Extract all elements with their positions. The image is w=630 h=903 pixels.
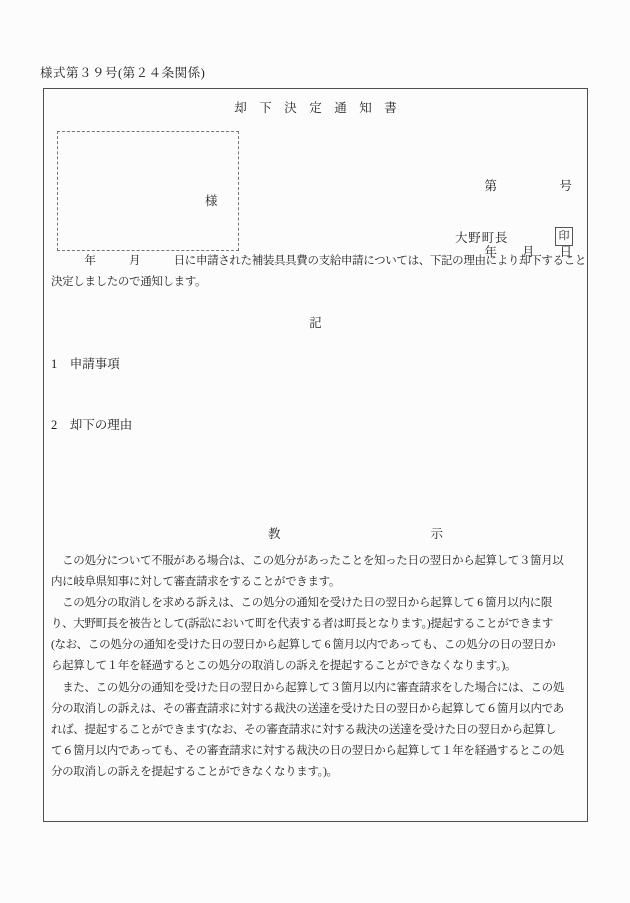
appeal-instruction-heading: 教 示 — [268, 524, 443, 542]
ki-heading: 記 — [44, 313, 587, 331]
issuer-name: 大野町長 — [455, 228, 508, 246]
item-rejection-reason: 2 却下の理由 — [51, 415, 132, 433]
document-number-line: 第 号 — [484, 175, 572, 197]
appeal-instructions: この処分について不服がある場合は、この処分があったことを知った日の翌日から起算し… — [51, 551, 586, 783]
item-application-details: 1 申請事項 — [51, 354, 120, 372]
addressee-honorific: 様 — [205, 191, 218, 209]
document-frame: 却 下 決 定 通 知 書 第 号 年 月 日 様 大野町長 印 年 月 日に申… — [43, 88, 588, 822]
document-title: 却 下 決 定 通 知 書 — [44, 98, 587, 116]
document-page: 様式第３９号(第２４条関係) 却 下 決 定 通 知 書 第 号 年 月 日 様… — [0, 0, 630, 903]
issuer-row: 大野町長 印 — [44, 227, 587, 247]
seal-mark: 印 — [555, 227, 573, 246]
form-number-label: 様式第３９号(第２４条関係) — [40, 63, 205, 81]
notice-body: 年 月 日に申請された補装具具費の支給申請については、下記の理由により却下するこ… — [51, 251, 587, 293]
